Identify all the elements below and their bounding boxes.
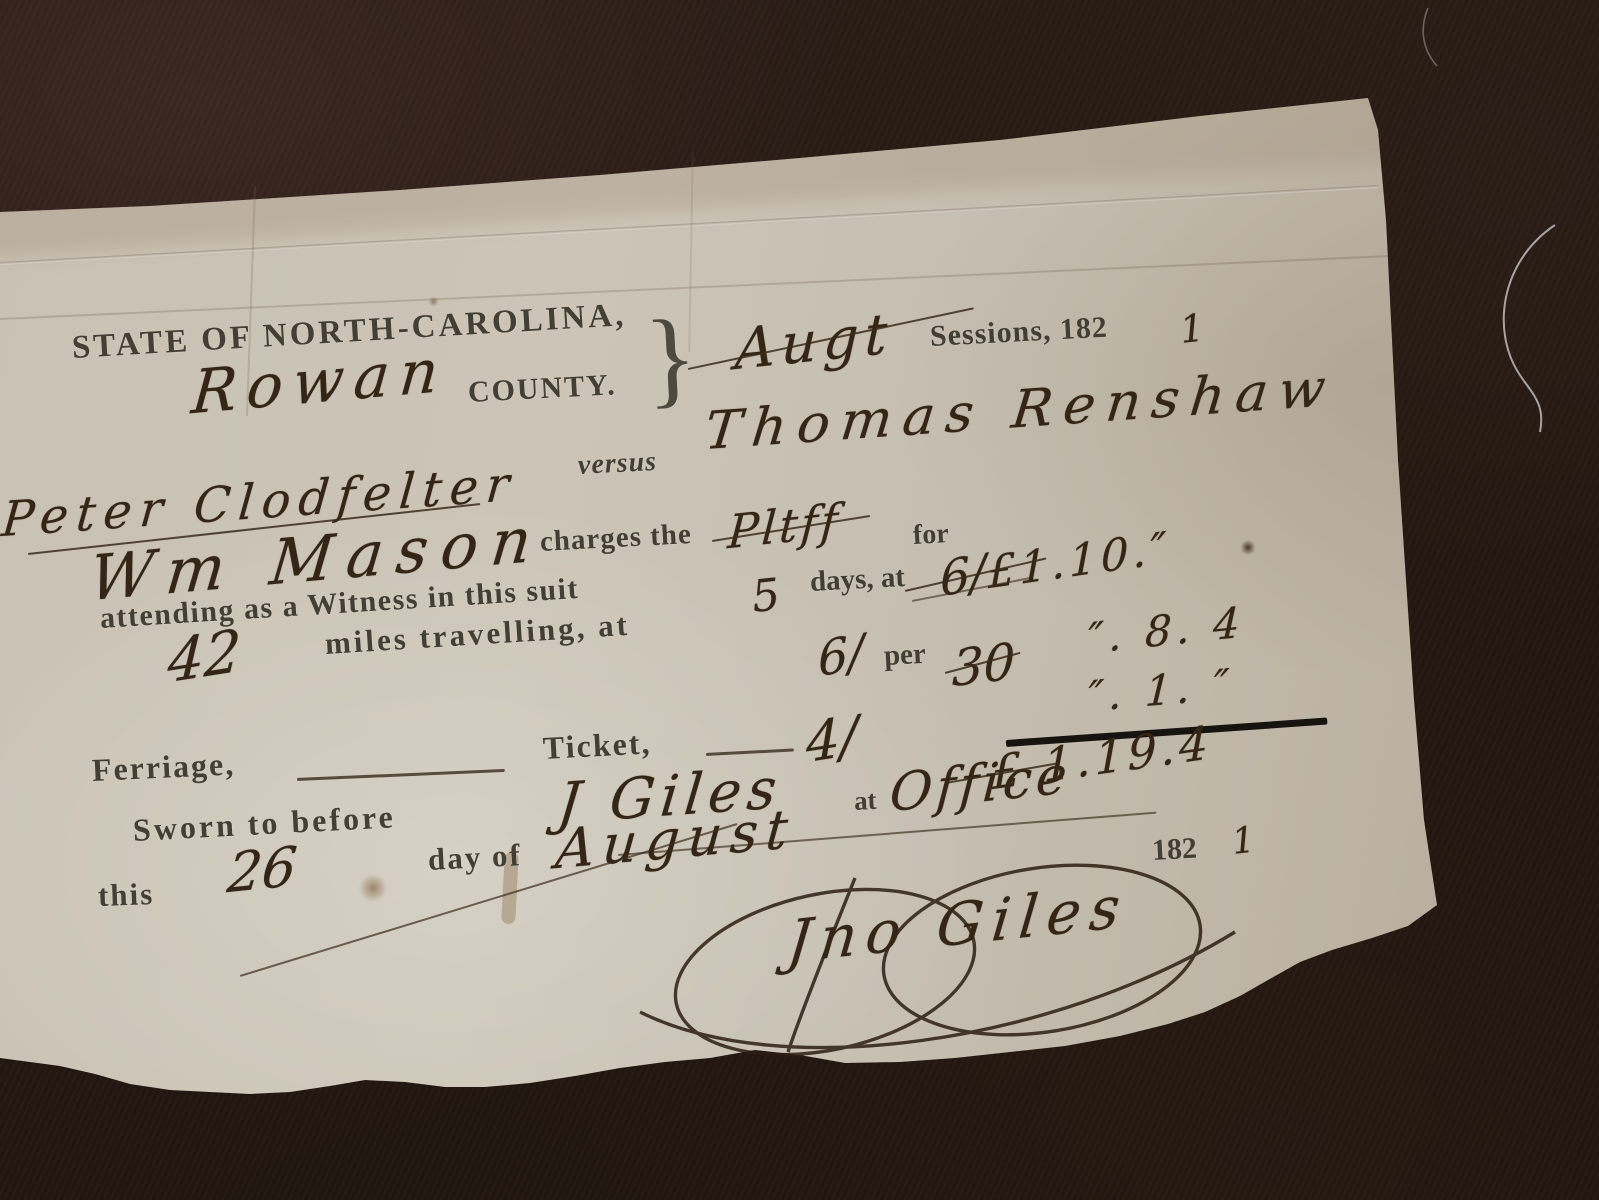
day-value: 26: [225, 834, 300, 905]
for-label: for: [912, 518, 949, 552]
sessions-year-digit: 1: [1178, 306, 1207, 352]
ticket-value: 4/: [805, 703, 858, 775]
at-label: at: [853, 785, 877, 817]
per-value: 30: [951, 632, 1015, 698]
days-rate: 6/: [939, 544, 987, 609]
days-value: 5: [749, 569, 782, 623]
sworn-year-print: 182: [1151, 832, 1198, 868]
ticket-label: Ticket,: [542, 724, 652, 767]
versus-label: versus: [577, 446, 658, 482]
miles-rate: 6/: [817, 624, 865, 689]
header-brace: }: [642, 295, 700, 422]
this-label: this: [97, 876, 154, 914]
days-label: days, at: [809, 561, 906, 599]
day-of-label: day of: [427, 837, 523, 878]
per-label: per: [883, 638, 927, 673]
ferriage-label: Ferriage,: [91, 746, 236, 789]
miles-value: 42: [166, 616, 243, 697]
sworn-year-digit: 1: [1230, 820, 1257, 863]
